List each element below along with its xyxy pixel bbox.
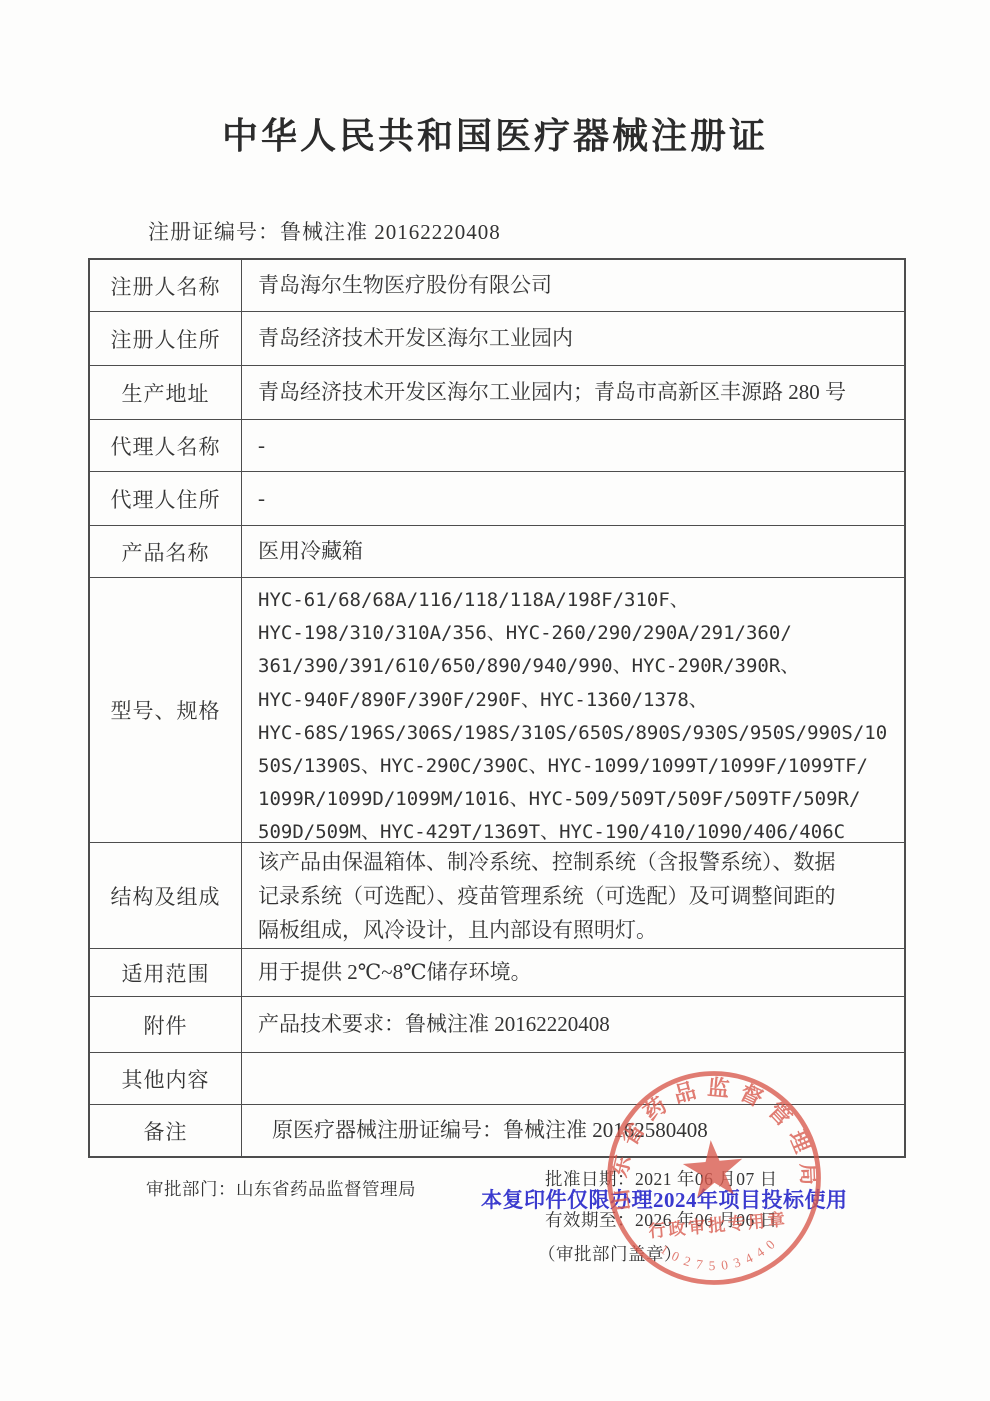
row-value: HYC-61/68/68A/116/118/118A/198F/310F、 HY… — [242, 578, 904, 842]
table-row: 代理人住所 - — [90, 472, 904, 526]
row-label: 附件 — [90, 997, 242, 1052]
table-row: 代理人名称 - — [90, 420, 904, 472]
row-label: 代理人住所 — [90, 472, 242, 525]
row-value: - — [242, 472, 904, 525]
table-row: 生产地址 青岛经济技术开发区海尔工业园内；青岛市高新区丰源路 280 号 — [90, 366, 904, 420]
table-row: 附件 产品技术要求：鲁械注准 20162220408 — [90, 997, 904, 1053]
row-value: 青岛经济技术开发区海尔工业园内；青岛市高新区丰源路 280 号 — [242, 366, 904, 419]
row-label: 适用范围 — [90, 949, 242, 996]
row-label: 型号、规格 — [90, 578, 242, 842]
certificate-table: 注册人名称 青岛海尔生物医疗股份有限公司 注册人住所 青岛经济技术开发区海尔工业… — [88, 258, 906, 1158]
table-row: 结构及组成 该产品由保温箱体、制冷系统、控制系统（含报警系统）、数据 记录系统（… — [90, 843, 904, 949]
row-value: 青岛海尔生物医疗股份有限公司 — [242, 260, 904, 311]
row-label: 注册人名称 — [90, 260, 242, 311]
row-label: 产品名称 — [90, 526, 242, 577]
table-row: 注册人住所 青岛经济技术开发区海尔工业园内 — [90, 312, 904, 366]
table-row: 注册人名称 青岛海尔生物医疗股份有限公司 — [90, 260, 904, 312]
registration-number-line: 注册证编号：鲁械注准 20162220408 — [148, 216, 501, 246]
row-value: 青岛经济技术开发区海尔工业园内 — [242, 312, 904, 365]
valid-until-line: 有效期至：2026 年06 月06 日 — [545, 1207, 778, 1232]
table-row: 备注 原医疗器械注册证编号：鲁械注准 20162580408 — [90, 1105, 904, 1156]
row-label: 其他内容 — [90, 1053, 242, 1104]
row-value: 用于提供 2℃~8℃储存环境。 — [242, 949, 904, 996]
table-row: 适用范围 用于提供 2℃~8℃储存环境。 — [90, 949, 904, 997]
table-row: 其他内容 — [90, 1053, 904, 1105]
row-label: 备注 — [90, 1105, 242, 1156]
row-label: 结构及组成 — [90, 843, 242, 948]
row-value: 医用冷藏箱 — [242, 526, 904, 577]
row-label: 注册人住所 — [90, 312, 242, 365]
table-row: 产品名称 医用冷藏箱 — [90, 526, 904, 578]
page-title: 中华人民共和国医疗器械注册证 — [0, 108, 990, 159]
certificate-page: 中华人民共和国医疗器械注册证 注册证编号：鲁械注准 20162220408 注册… — [0, 0, 990, 1401]
row-value — [242, 1053, 904, 1104]
table-row-model-spec: 型号、规格 HYC-61/68/68A/116/118/118A/198F/31… — [90, 578, 904, 843]
row-value: - — [242, 420, 904, 471]
row-value: 原医疗器械注册证编号：鲁械注准 20162580408 — [242, 1105, 904, 1156]
approval-department-line: 审批部门：山东省药品监督管理局 — [146, 1176, 416, 1201]
row-label: 生产地址 — [90, 366, 242, 419]
seal-placement-note: （审批部门盖章） — [538, 1241, 682, 1266]
row-value: 该产品由保温箱体、制冷系统、控制系统（含报警系统）、数据 记录系统（可选配）、疫… — [242, 843, 904, 948]
row-value: 产品技术要求：鲁械注准 20162220408 — [242, 997, 904, 1052]
row-label: 代理人名称 — [90, 420, 242, 471]
